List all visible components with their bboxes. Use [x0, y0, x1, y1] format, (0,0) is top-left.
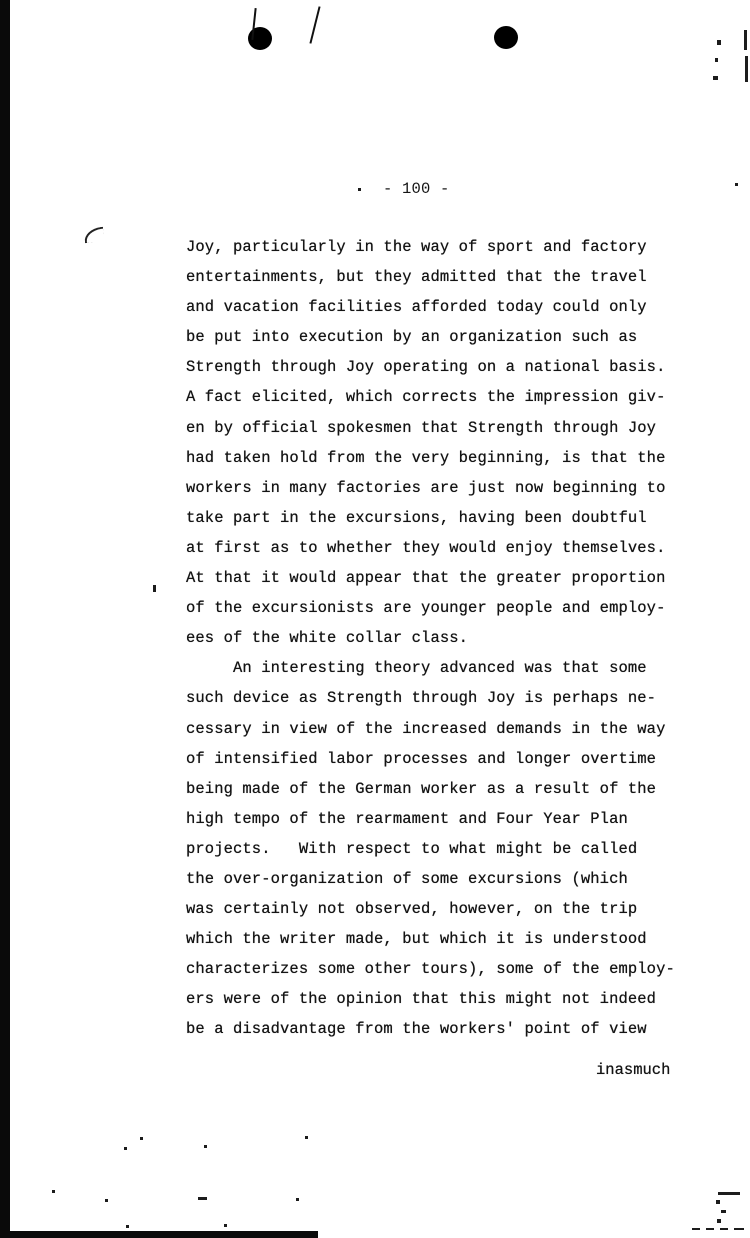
text-line: cessary in view of the increased demands…	[186, 720, 686, 750]
scan-speck	[715, 58, 718, 62]
scan-speck	[124, 1147, 127, 1150]
scan-speck	[744, 30, 747, 50]
text-line: At that it would appear that the greater…	[186, 569, 686, 599]
scan-speck	[716, 1200, 720, 1204]
body-text: Joy, particularly in the way of sport an…	[186, 238, 686, 1051]
scan-speck	[204, 1145, 207, 1148]
text-line: en by official spokesmen that Strength t…	[186, 419, 686, 449]
catchword: inasmuch	[596, 1061, 670, 1079]
text-line: had taken hold from the very beginning, …	[186, 449, 686, 479]
scan-speck	[305, 1136, 308, 1139]
scan-speck	[718, 1192, 740, 1195]
text-line: was certainly not observed, however, on …	[186, 900, 686, 930]
text-line: An interesting theory advanced was that …	[186, 659, 686, 689]
text-line: and vacation facilities afforded today c…	[186, 298, 686, 328]
scan-speck	[720, 1228, 728, 1230]
text-line: ers were of the opinion that this might …	[186, 990, 686, 1020]
scan-speck	[734, 1228, 744, 1230]
scan-speck	[706, 1228, 714, 1230]
scan-speck	[721, 1210, 726, 1213]
text-line: be a disadvantage from the workers' poin…	[186, 1020, 686, 1050]
scan-edge-bottom-bar	[0, 1231, 318, 1238]
scan-speck	[198, 1197, 207, 1200]
text-line: which the writer made, but which it is u…	[186, 930, 686, 960]
scan-mark-diagonal	[309, 6, 320, 43]
pen-mark-curve	[83, 227, 105, 244]
page-number: - 100 -	[383, 180, 450, 198]
scan-speck	[105, 1199, 108, 1202]
scan-speck	[296, 1198, 299, 1201]
text-line: the over-organization of some excursions…	[186, 870, 686, 900]
scanned-document-page: - 100 - Joy, particularly in the way of …	[0, 0, 750, 1238]
text-line: being made of the German worker as a res…	[186, 780, 686, 810]
scan-speck	[224, 1224, 227, 1227]
scan-speck	[717, 1219, 721, 1223]
text-line: such device as Strength through Joy is p…	[186, 689, 686, 719]
text-line: take part in the excursions, having been…	[186, 509, 686, 539]
text-line: high tempo of the rearmament and Four Ye…	[186, 810, 686, 840]
scan-speck	[692, 1228, 700, 1230]
text-line: entertainments, but they admitted that t…	[186, 268, 686, 298]
scan-speck	[153, 585, 156, 592]
text-line: of intensified labor processes and longe…	[186, 750, 686, 780]
text-line: projects. With respect to what might be …	[186, 840, 686, 870]
scan-speck	[52, 1190, 55, 1193]
text-line: be put into execution by an organization…	[186, 328, 686, 358]
scan-edge-left-bar	[0, 0, 10, 1238]
hole-punch-right	[494, 26, 518, 49]
text-line: Joy, particularly in the way of sport an…	[186, 238, 686, 268]
scan-speck	[717, 40, 721, 45]
scan-speck	[126, 1225, 129, 1228]
scan-speck	[713, 76, 718, 80]
text-line: Strength through Joy operating on a nati…	[186, 358, 686, 388]
scan-speck	[140, 1137, 143, 1140]
text-line: A fact elicited, which corrects the impr…	[186, 388, 686, 418]
text-line: characterizes some other tours), some of…	[186, 960, 686, 990]
text-line: workers in many factories are just now b…	[186, 479, 686, 509]
text-line: ees of the white collar class.	[186, 629, 686, 659]
text-line: at first as to whether they would enjoy …	[186, 539, 686, 569]
text-line: of the excursionists are younger people …	[186, 599, 686, 629]
scan-speck	[358, 188, 361, 191]
scan-speck	[745, 56, 748, 82]
scan-speck	[735, 183, 738, 186]
